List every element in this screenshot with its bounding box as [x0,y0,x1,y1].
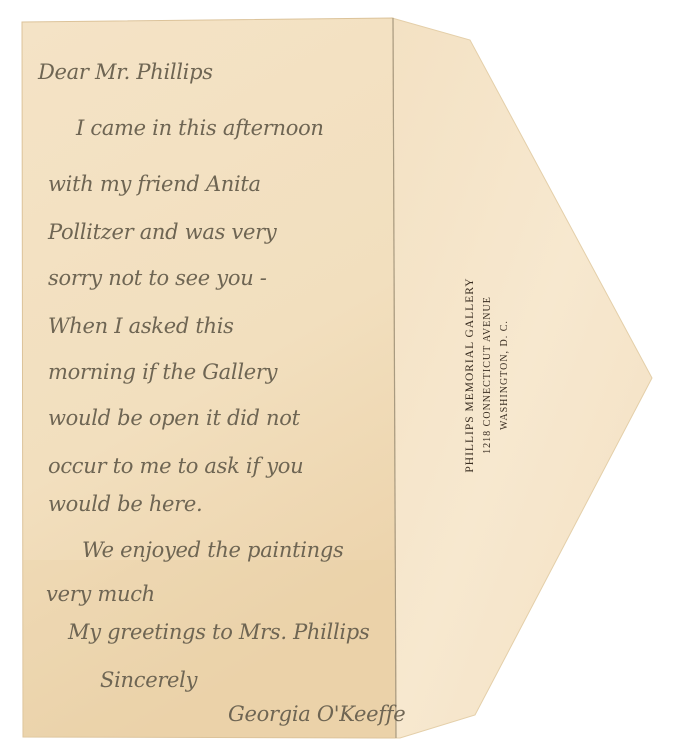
letter-signature: Georgia O'Keeffe [228,702,405,726]
gallery-street: 1218 CONNECTICUT AVENUE [479,260,496,490]
envelope-flap [392,18,652,738]
letter-line: We enjoyed the paintings [82,538,343,562]
gallery-city: WASHINGTON, D. C. [496,260,513,490]
letter-line: very much [46,582,155,606]
letter-and-envelope-scan: Dear Mr. Phillips I came in this afterno… [0,0,676,756]
letter-line: would be here. [48,492,202,516]
letter-line: occur to me to ask if you [48,454,303,478]
gallery-name: PHILLIPS MEMORIAL GALLERY [462,260,479,490]
letter-line: sorry not to see you - [48,266,267,290]
letter-line: When I asked this [48,314,234,338]
letter-line: I came in this afternoon [76,116,324,140]
letter-line: morning if the Gallery [48,360,277,384]
envelope-return-address: PHILLIPS MEMORIAL GALLERY 1218 CONNECTIC… [462,260,513,490]
letter-line: with my friend Anita [48,172,261,196]
letter-line: would be open it did not [48,406,300,430]
letter-line: Pollitzer and was very [48,220,276,244]
letter-salutation: Dear Mr. Phillips [38,60,213,84]
letter-closing: Sincerely [100,668,197,692]
letter-line: My greetings to Mrs. Phillips [68,620,369,644]
